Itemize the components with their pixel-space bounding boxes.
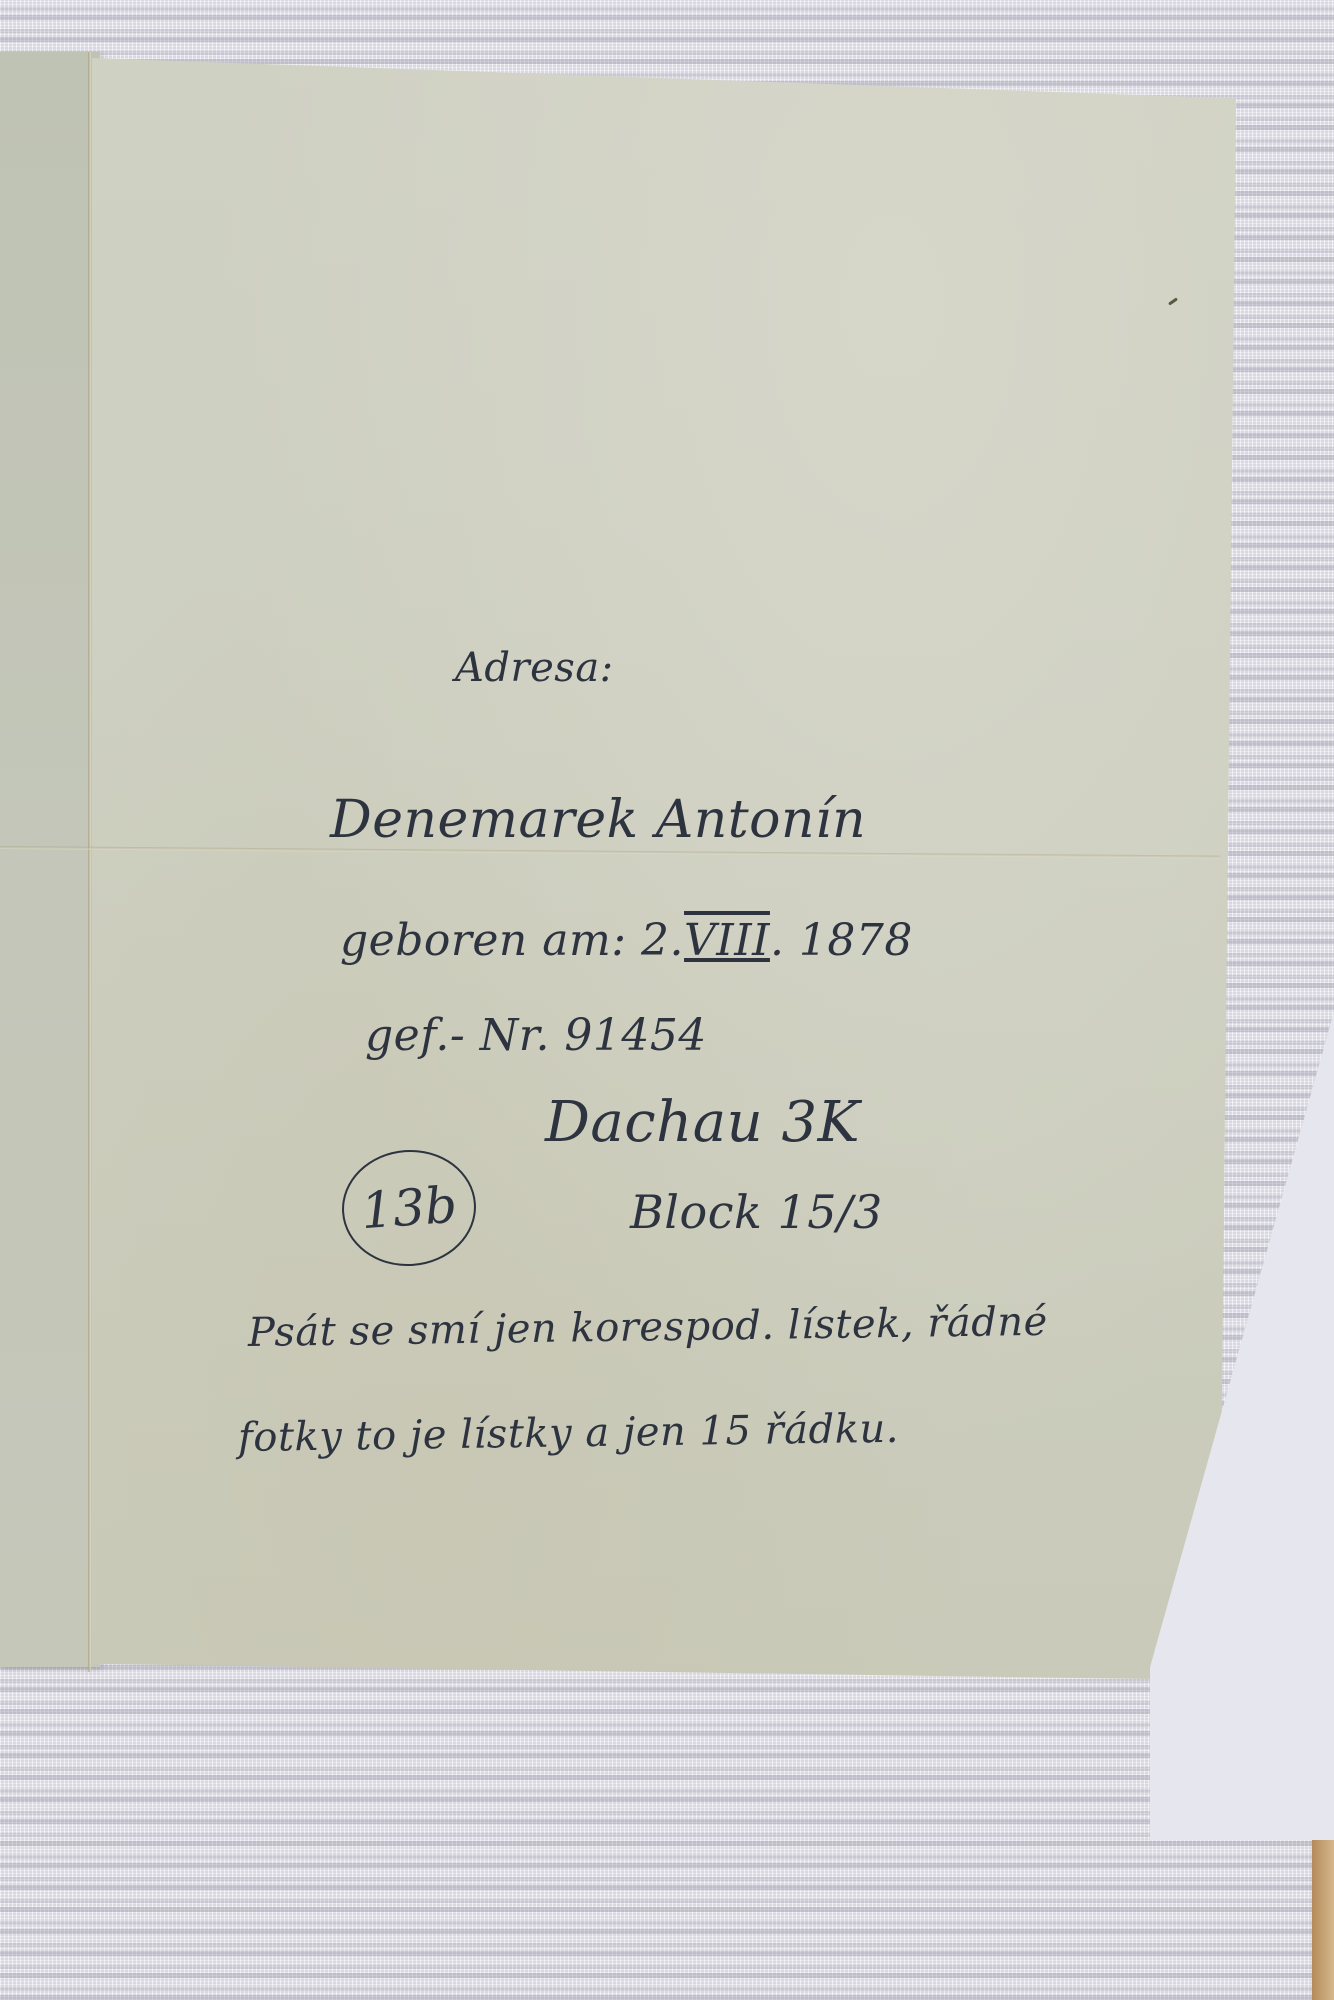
block-number: Block 15/3 [630, 1185, 883, 1239]
left-page-edge [0, 52, 100, 1667]
prisoner-number: gef.- Nr. 91454 [365, 1010, 707, 1061]
birth-date-line: geboren am: 2.VIII. 1878 [340, 915, 913, 966]
tan-object-edge [1312, 1840, 1334, 2000]
recipient-name: Denemarek Antonín [330, 790, 866, 850]
vertical-fold-line [88, 52, 91, 1672]
born-month-roman: VIII [684, 915, 770, 966]
address-heading: Adresa: [455, 645, 614, 691]
camp-name: Dachau 3K [545, 1090, 860, 1155]
born-day: 2. [641, 915, 684, 966]
born-year: . 1878 [770, 915, 913, 966]
born-label: geboren am: [340, 915, 627, 966]
note-line-2: fotky to je lístky a jen 15 řádku. [238, 1406, 900, 1461]
circled-annotation-text: 13b [359, 1176, 458, 1241]
